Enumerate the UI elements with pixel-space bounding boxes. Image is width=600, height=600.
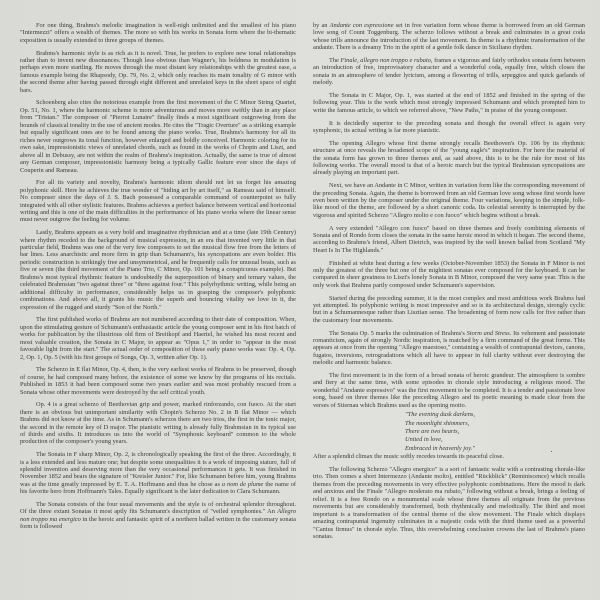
paragraph: For one thing, Brahms's melodic imaginat… xyxy=(20,22,296,44)
paragraph: For all its variety and novelty, Brahms'… xyxy=(20,179,296,224)
scanned-page: For one thing, Brahms's melodic imaginat… xyxy=(0,0,600,600)
poem-line: Embraced in heavenly joy." xyxy=(405,445,585,453)
paragraph: Schoenberg also cites the notorious exam… xyxy=(20,99,296,174)
paragraph: Brahms's harmonic style is as rich as it… xyxy=(20,50,296,95)
italic-run: Finale, allegro non troppo e rubato xyxy=(341,57,431,64)
poem-line: The moonlight shimmers, xyxy=(405,420,585,428)
text-run: The xyxy=(329,57,341,64)
paragraph: The Sonata in C Major, Op. 1, was starte… xyxy=(313,92,585,114)
paragraph: The following Scherzo "Allegro energico"… xyxy=(313,466,585,541)
italic-run: Andante con espressione xyxy=(330,22,394,29)
paragraph: The first movement is in the form of a b… xyxy=(313,372,585,409)
paragraph: The Scherzo in E flat Minor, Op. 4, then… xyxy=(20,366,296,396)
italic-run: a nom de plume xyxy=(222,481,263,488)
paragraph: Finished at white heat during a few week… xyxy=(313,260,585,290)
paragraph: The Sonata Op. 5 marks the culmination o… xyxy=(313,330,585,367)
paragraph: It is decidedly superior to the precedin… xyxy=(313,120,585,135)
paragraph: Next, we have an Andante in C Minor, wri… xyxy=(313,182,585,219)
italic-run: Storm and Stress xyxy=(467,330,510,337)
paragraph: Started during the preceding summer, it … xyxy=(313,295,585,325)
poem-line: "The evening dusk darkens, xyxy=(405,411,585,419)
poem-verse: "The evening dusk darkens, The moonlight… xyxy=(405,411,585,453)
right-text-column: by an Andante con espressione set in fre… xyxy=(313,22,585,546)
text-run: The Sonata Op. 5 marks the culmination o… xyxy=(329,330,467,337)
paragraph: The opening Allegro whose first theme st… xyxy=(313,140,585,177)
left-text-column: For one thing, Brahms's melodic imaginat… xyxy=(20,22,296,536)
poem-line: United in love, xyxy=(405,436,585,444)
paragraph: The Sonata consists of the four usual mo… xyxy=(20,501,296,531)
paragraph: Lastly, Brahms appears as a very bold an… xyxy=(20,229,296,311)
paragraph: The Sonata in F sharp Minor, Op. 2, is c… xyxy=(20,451,296,496)
paragraph: After a splendid climax the music softly… xyxy=(313,453,585,460)
paragraph: The Finale, allegro non troppo e rubato,… xyxy=(313,57,585,87)
paragraph: by an Andante con espressione set in fre… xyxy=(313,22,585,52)
paragraph: Op. 4 is a great scherzo of Beethovian g… xyxy=(20,401,296,446)
paragraph: A very extended "Allegro con fuoco" base… xyxy=(313,225,585,255)
poem-line: There are two hearts, xyxy=(405,428,585,436)
scan-speck xyxy=(551,451,552,452)
text-run: The Sonata consists of the four usual mo… xyxy=(20,501,296,515)
paragraph: The first published works of Brahms are … xyxy=(20,316,296,361)
text-run: by an xyxy=(313,22,330,29)
